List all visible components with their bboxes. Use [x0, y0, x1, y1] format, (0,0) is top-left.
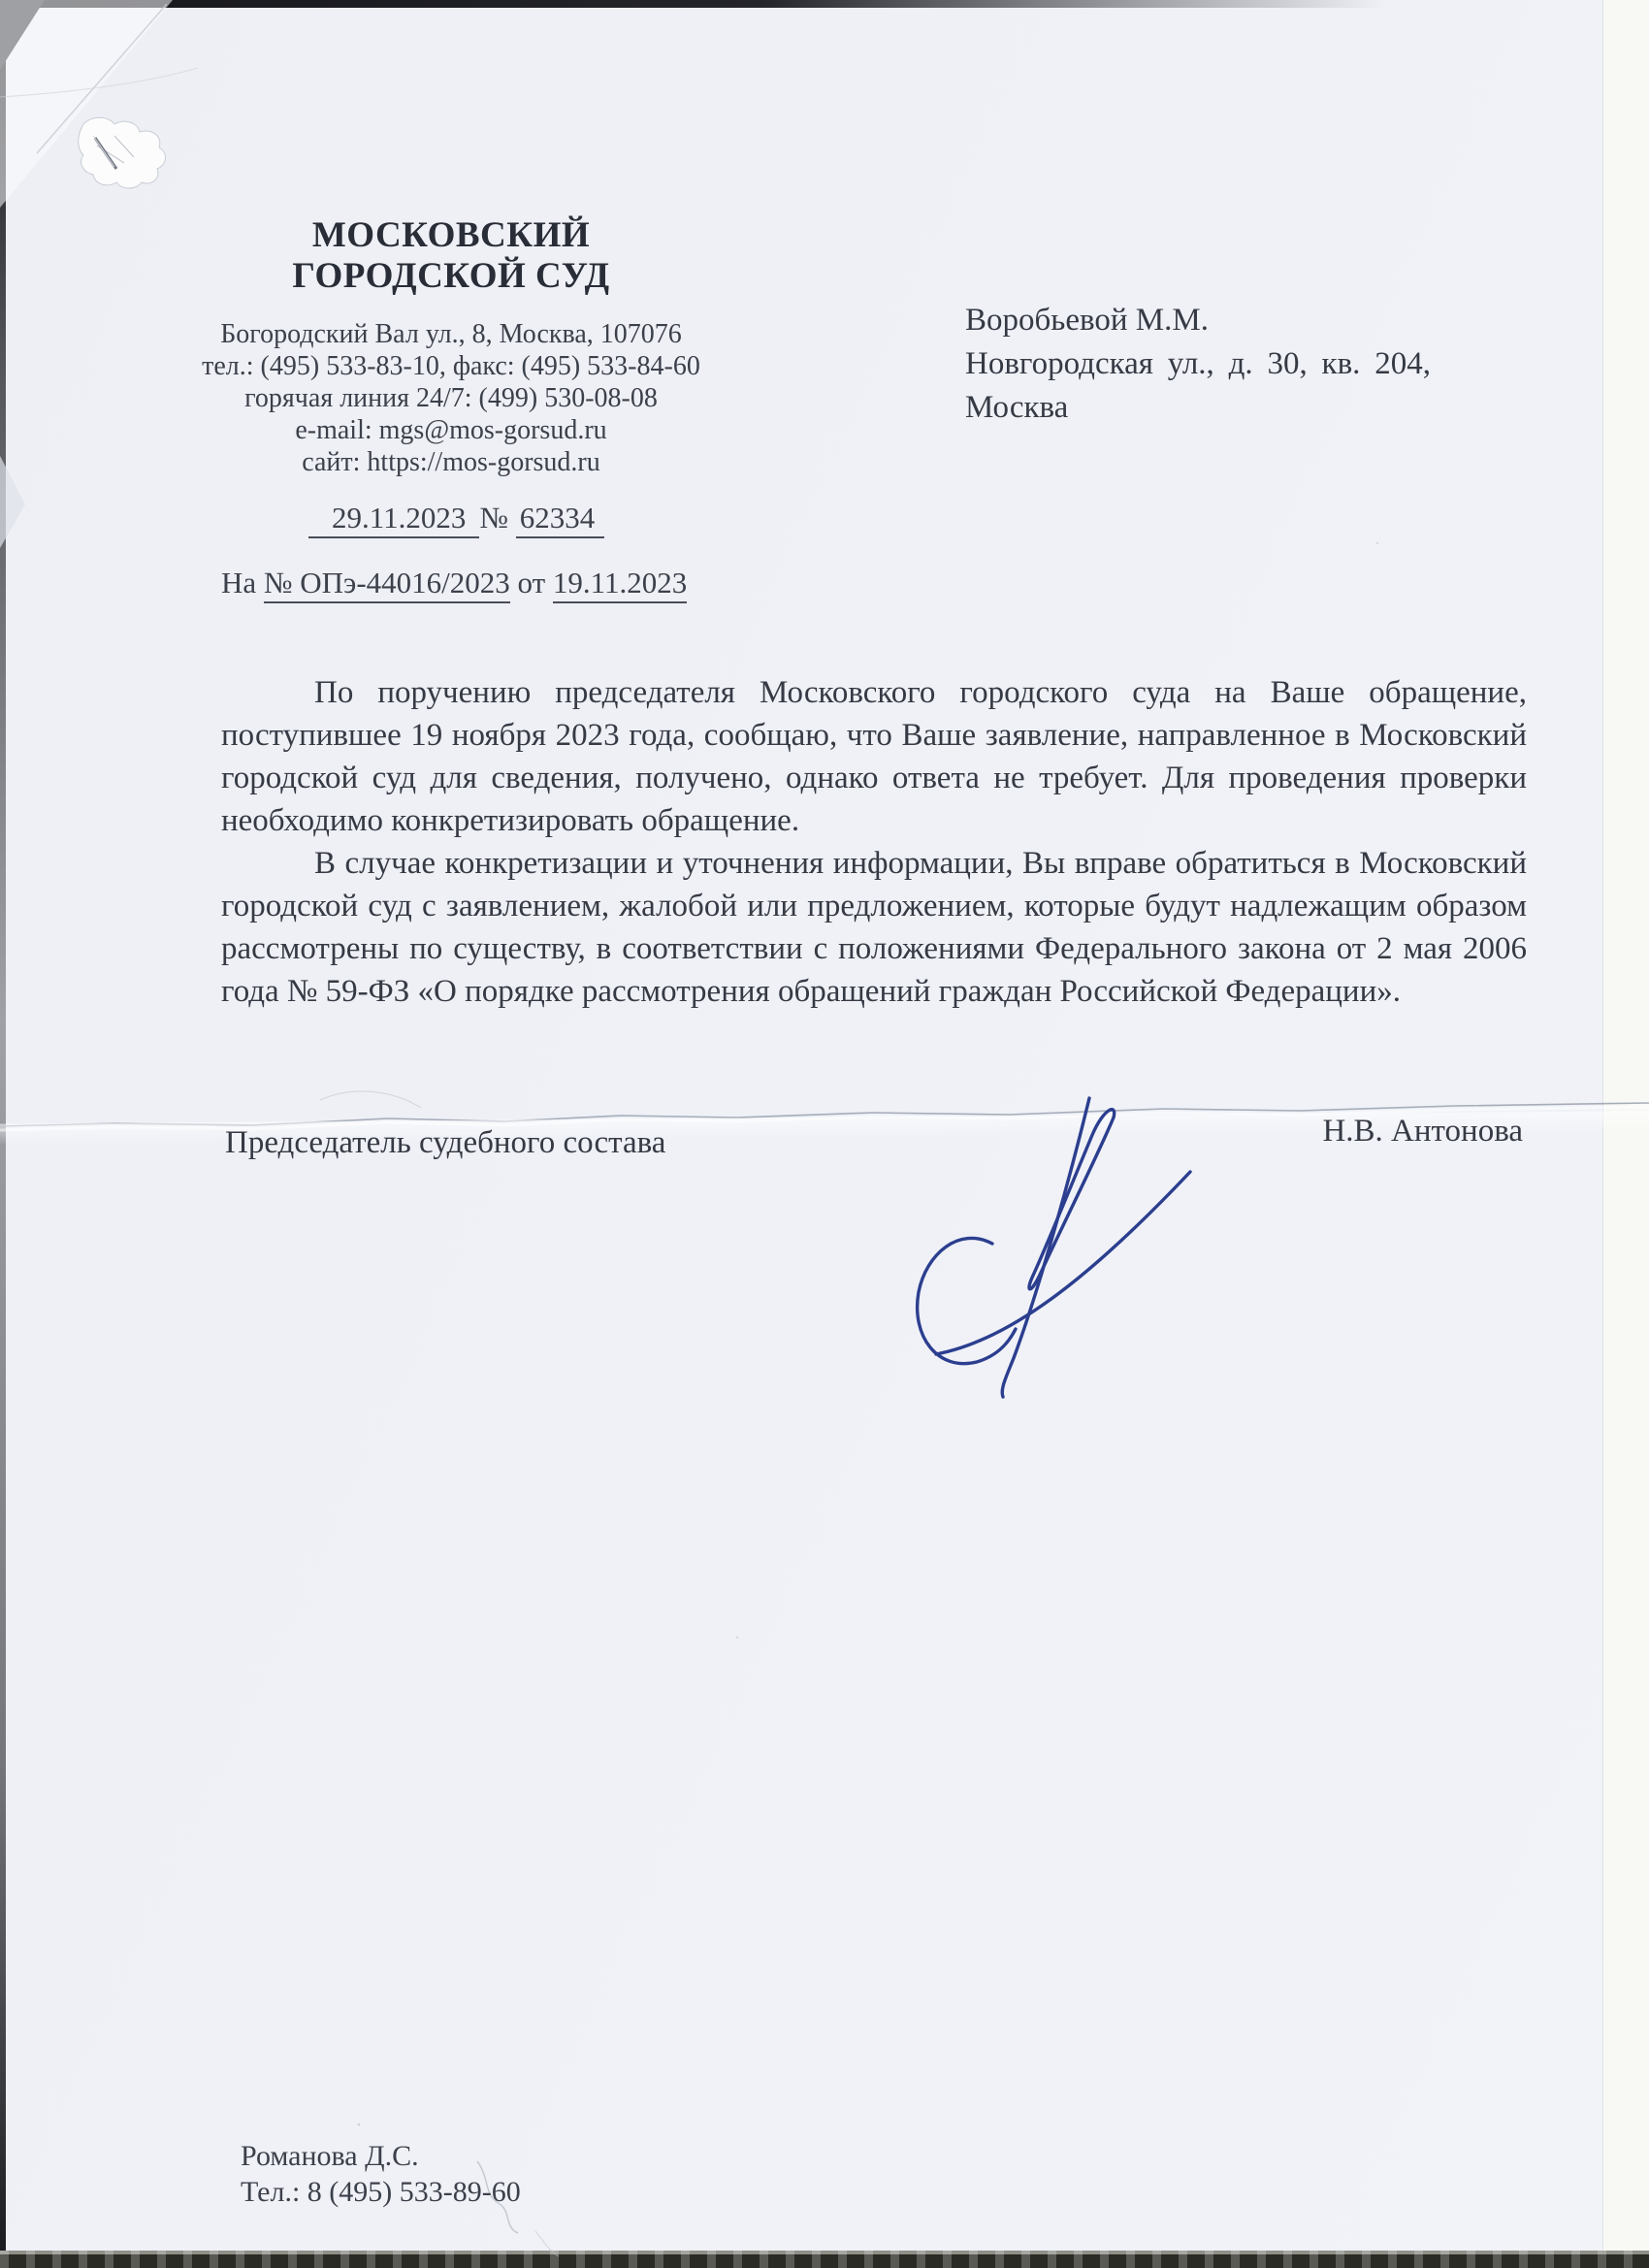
court-title-line1: МОСКОВСКИЙ [150, 215, 752, 256]
scanner-edge-bottom [0, 2251, 1649, 2268]
reply-prefix: На [221, 566, 256, 599]
outgoing-date: 29.11.2023 [308, 501, 479, 538]
dust-speck [736, 1636, 738, 1638]
court-phone-fax: тел.: (495) 533-83-10, факс: (495) 533-8… [150, 350, 752, 382]
dust-speck [358, 2123, 361, 2126]
corner-flap [0, 0, 173, 208]
scanner-edge-top [0, 0, 1387, 8]
outgoing-number: 62334 [516, 501, 605, 538]
signature-ink [878, 1086, 1203, 1407]
signer-position: Председатель судебного состава [225, 1125, 665, 1161]
recipient-address: Новгородская ул., д. 30, кв. 204, [965, 342, 1431, 386]
scanned-letter-page: МОСКОВСКИЙ ГОРОДСКОЙ СУД Богородский Вал… [0, 0, 1649, 2268]
dust-speck [1376, 542, 1378, 544]
signer-name: Н.В. Антонова [1203, 1114, 1523, 1150]
incoming-reference-line: На № ОПэ-44016/2023 от 19.11.2023 [221, 566, 687, 600]
recipient-name: Воробьевой М.М. [965, 299, 1431, 342]
staple-tear [79, 117, 166, 188]
executor-name: Романова Д.С. [241, 2138, 521, 2174]
court-contacts: Богородский Вал ул., 8, Москва, 107076 т… [150, 318, 752, 478]
tear-crumple-lines [97, 136, 134, 163]
court-hotline: горячая линия 24/7: (499) 530-08-08 [150, 382, 752, 414]
letter-body: По поручению председателя Московского го… [221, 671, 1527, 1013]
corner-shadow [0, 0, 45, 70]
incoming-date: 19.11.2023 [553, 566, 687, 603]
court-email: e-mail: mgs@mos-gorsud.ru [150, 414, 752, 446]
outgoing-reference-line: 29.11.2023№ 62334 [308, 501, 604, 535]
staple-icon [95, 138, 116, 169]
court-website: сайт: https://mos-gorsud.ru [150, 446, 752, 478]
corner-crease-line [37, 4, 167, 153]
recipient-city: Москва [965, 386, 1431, 430]
recipient-block: Воробьевой М.М. Новгородская ул., д. 30,… [965, 299, 1431, 430]
fold-crease-arc [320, 1091, 421, 1108]
executor-block: Романова Д.С. Тел.: 8 (495) 533-89-60 [241, 2138, 521, 2210]
body-paragraph-2: В случае конкретизации и уточнения инфор… [221, 842, 1527, 1013]
court-title: МОСКОВСКИЙ ГОРОДСКОЙ СУД [150, 215, 752, 297]
body-paragraph-1: По поручению председателя Московского го… [221, 671, 1527, 842]
court-title-line2: ГОРОДСКОЙ СУД [150, 256, 752, 297]
staple-highlight [93, 136, 114, 167]
executor-phone: Тел.: 8 (495) 533-89-60 [241, 2174, 521, 2210]
letterhead: МОСКОВСКИЙ ГОРОДСКОЙ СУД Богородский Вал… [150, 215, 752, 478]
signature-stroke-loop [1029, 1110, 1115, 1289]
corner-crease-line2 [0, 68, 198, 97]
court-address: Богородский Вал ул., 8, Москва, 107076 [150, 318, 752, 350]
incoming-number: № ОПэ-44016/2023 [264, 566, 510, 603]
numero-sign: № [479, 501, 508, 535]
scanner-edge-right [1602, 0, 1649, 2268]
reply-infix: от [518, 566, 546, 599]
